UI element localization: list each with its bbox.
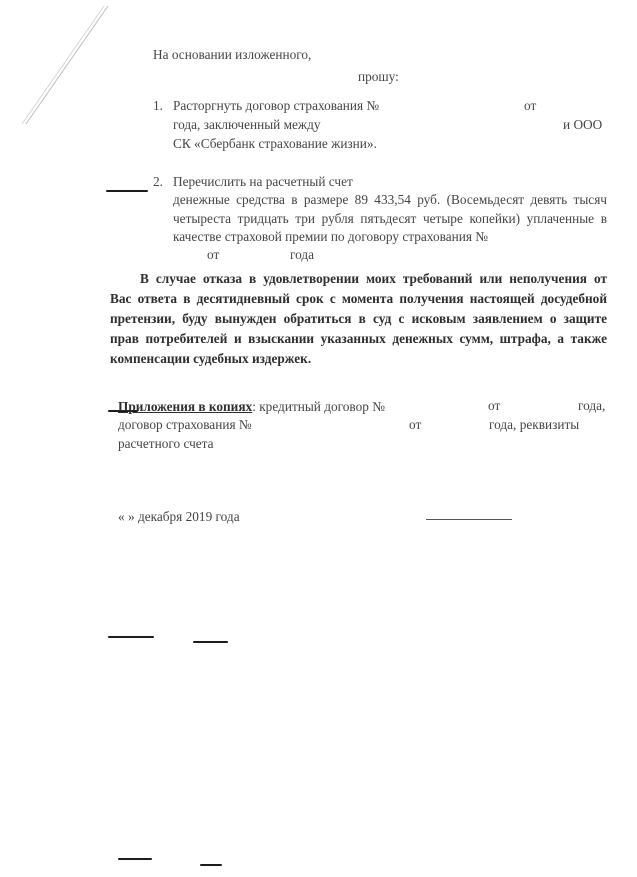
item-1-line-2: года, заключенный между <box>173 116 321 134</box>
scan-diagonal-mark <box>20 6 140 126</box>
item-2-number: 2. <box>153 173 163 191</box>
warning-line-2: Вас ответа в десятидневный срок с момент… <box>110 289 607 309</box>
attachments-line-1-from: от <box>488 397 500 415</box>
item-2-line-2: денежные средства в размере 89 433,54 ру… <box>173 191 607 209</box>
warning-line-3: претензии, буду вынужден обратиться в су… <box>110 309 607 329</box>
item-1-line-1: Расторгнуть договор страхования № <box>173 97 379 115</box>
scan-mark <box>200 864 222 866</box>
signature-line <box>426 519 512 520</box>
item-2-line-1: Перечислить на расчетный счет <box>173 173 353 191</box>
scan-mark <box>118 858 152 860</box>
attachments-credit-contract: : кредитный договор № <box>252 399 385 414</box>
attachments-label: Приложения в копиях <box>118 399 252 414</box>
attachments-line-2: договор страхования № <box>118 416 252 434</box>
request-word: прошу: <box>358 68 399 86</box>
attachments-line-2-end: года, реквизиты <box>489 416 579 434</box>
item-1-line-3: СК «Сбербанк страхование жизни». <box>173 135 377 153</box>
attachments-line-1-year: года, <box>578 397 605 415</box>
warning-line-5: компенсации судебных издержек. <box>110 349 311 369</box>
item-1-number: 1. <box>153 97 163 115</box>
scanned-document-page: На основании изложенного, прошу: 1. Раст… <box>0 0 637 877</box>
intro-text: На основании изложенного, <box>153 46 311 64</box>
item-2-line-3: четыреста тридцать три рубля пятьдесят ч… <box>173 210 607 228</box>
warning-line-4: прав потребителей и взыскании указанных … <box>110 329 607 349</box>
item-1-ooo: и ООО <box>563 116 602 134</box>
attachments-line-1: Приложения в копиях: кредитный договор № <box>118 397 385 417</box>
item-2-from: от <box>207 246 219 264</box>
scan-mark <box>193 641 228 643</box>
margin-mark <box>106 190 148 192</box>
attachments-line-3: расчетного счета <box>118 435 214 453</box>
date-line: « » декабря 2019 года <box>118 508 240 526</box>
item-1-from: от <box>524 97 536 115</box>
item-2-year: года <box>290 246 314 264</box>
warning-line-1: В случае отказа в удовлетворении моих тр… <box>140 269 607 289</box>
attachments-line-2-from: от <box>409 416 421 434</box>
item-2-line-4: качестве страховой премии по договору ст… <box>173 228 488 246</box>
scan-mark <box>108 636 154 638</box>
